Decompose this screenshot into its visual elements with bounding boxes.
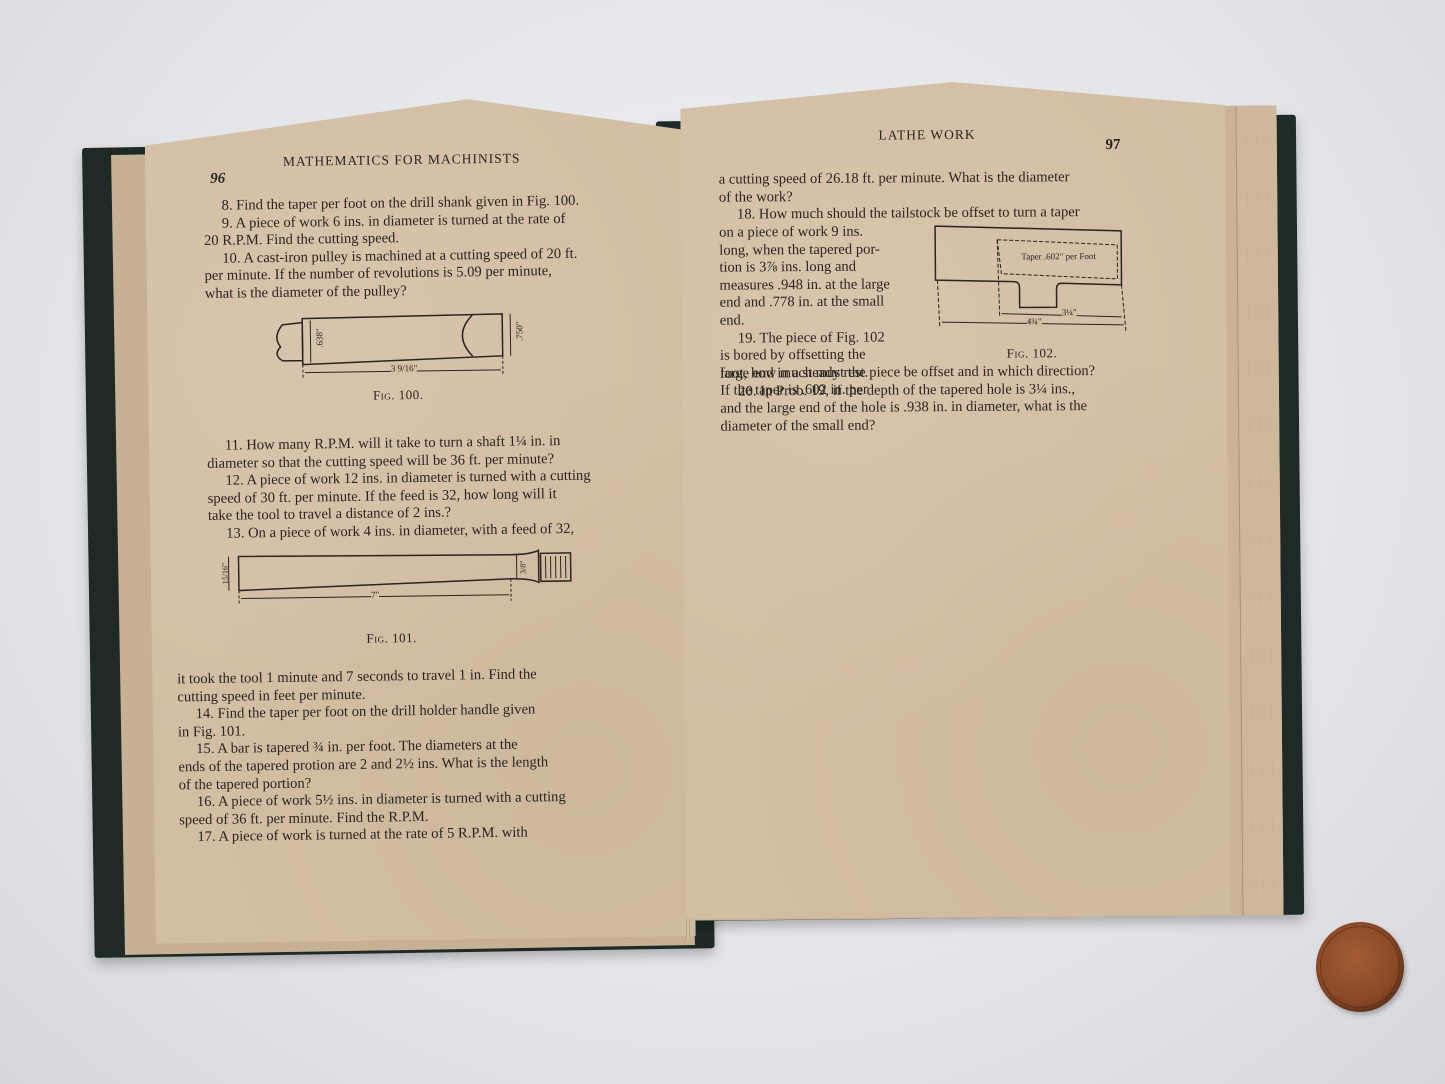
problems-13-17: it took the tool 1 minute and 7 seconds … — [177, 665, 619, 847]
text-line: 19. The piece of Fig. 102 — [720, 329, 920, 348]
right-page: LATHE WORK 97 a cutting speed of 26.18 f… — [680, 80, 1231, 919]
text-line: end. — [720, 311, 920, 330]
problems-17-18: a cutting speed of 26.18 ft. per minute.… — [719, 169, 1149, 225]
dimension-length: 3 9/16" — [391, 363, 418, 373]
penny-coin — [1316, 922, 1404, 1012]
text-line: on a piece of work 9 ins. — [719, 223, 919, 242]
figure-101-drill-holder-handle: 15/16" 3/8" 7" — [220, 546, 581, 611]
dimension-small-end: .638" — [314, 328, 324, 348]
dimension-large-end: .750" — [514, 322, 524, 342]
figure-102-bored-piece: Taper .602" per Foot 3¼" 4¾" — [931, 221, 1132, 337]
figure-100-drill-shank: .638" .750" 3 9/16" — [272, 303, 533, 382]
text-line: is bored by offsetting the — [720, 346, 920, 365]
text-line: foot, how much must the piece be offset … — [720, 363, 1150, 384]
text-line: long, when the tapered por- — [719, 241, 919, 260]
figure-102-caption: Fig. 102. — [982, 345, 1082, 362]
problems-19-20: foot, how much must the piece be offset … — [720, 363, 1150, 436]
text-line: measures .948 in. at the large — [719, 276, 919, 295]
text-line: diameter of the small end? — [720, 415, 1150, 436]
dimension-inner: 3¼" — [1062, 307, 1077, 317]
left-page: 96 MATHEMATICS FOR MACHINISTS 8. Find th… — [144, 96, 696, 943]
text-line: and the large end of the hole is .938 in… — [720, 398, 1150, 419]
running-header: MATHEMATICS FOR MACHINISTS — [283, 151, 521, 170]
problems-8-10: 8. Find the taper per foot on the drill … — [203, 192, 614, 303]
figure-100-caption: Fig. 100. — [338, 386, 458, 404]
text-line: end and .778 in. at the small — [720, 294, 920, 313]
page-number: 96 — [210, 171, 225, 188]
page-number: 97 — [1105, 137, 1120, 154]
problems-11-13: 11. How many R.P.M. will it take to turn… — [207, 432, 618, 543]
running-header: LATHE WORK — [878, 127, 975, 144]
figure-101-caption: Fig. 101. — [332, 630, 452, 648]
text-line: tion is 3⅞ ins. long and — [719, 258, 919, 277]
taper-label: Taper .602" per Foot — [1021, 251, 1096, 262]
dimension-small-end: 3/8" — [519, 561, 528, 575]
dimension-large-end: 15/16" — [221, 563, 230, 585]
dimension-outer: 4¾" — [1027, 316, 1042, 326]
dimension-length: 7" — [371, 590, 379, 600]
